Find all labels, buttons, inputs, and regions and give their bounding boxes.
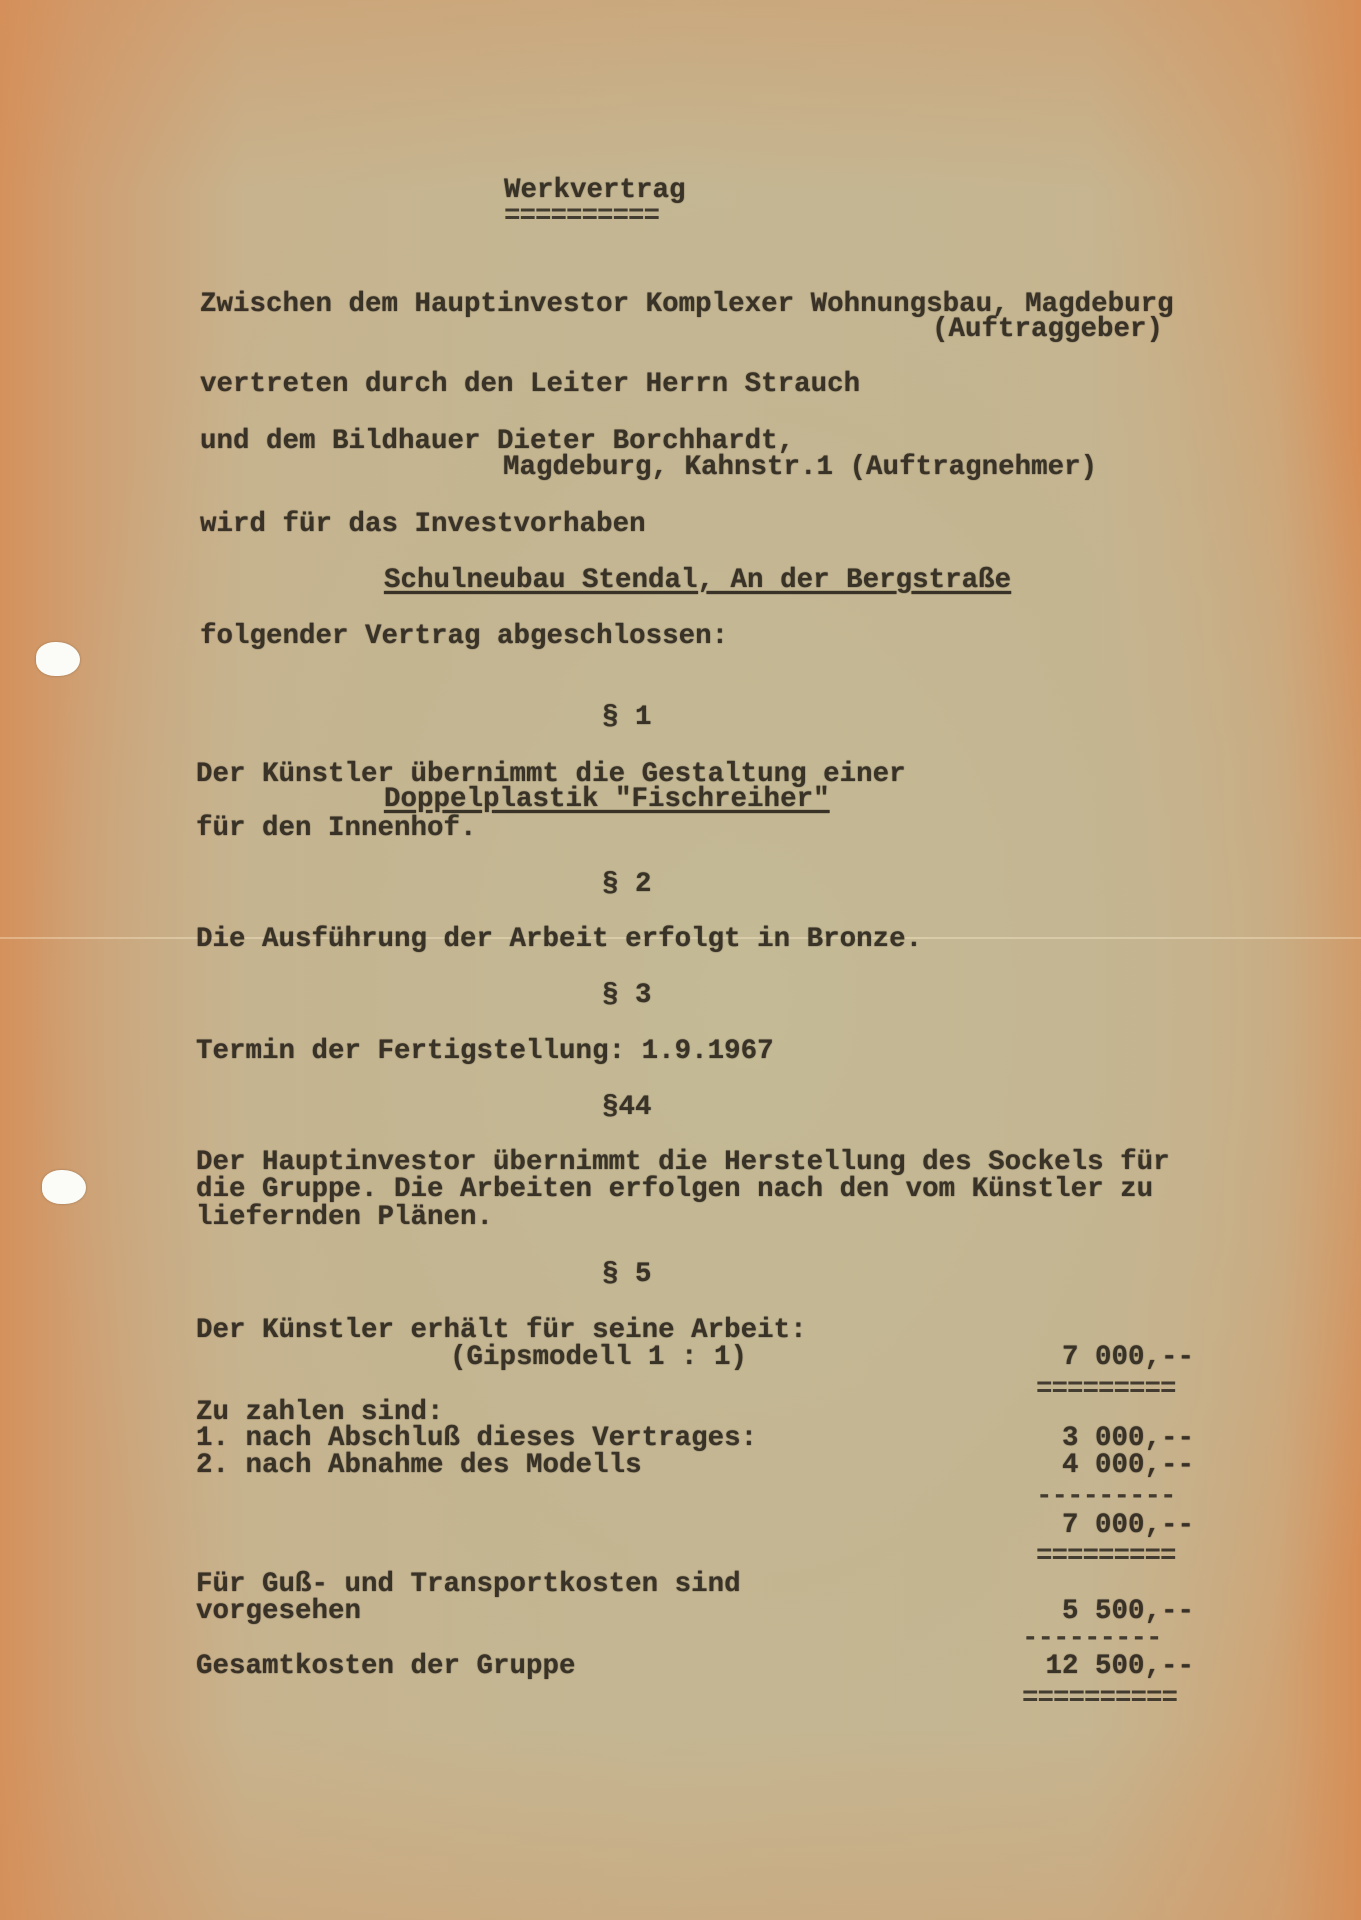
schedule-item-2-label: 2. nach Abnahme des Modells xyxy=(196,1451,642,1480)
section-4-line: liefernden Plänen. xyxy=(196,1203,493,1232)
transport-label: Für Guß- und Transportkosten sind xyxy=(196,1570,741,1599)
section-4-line: Der Hauptinvestor übernimmt die Herstell… xyxy=(196,1148,1170,1177)
party-client-role: (Auftraggeber) xyxy=(932,315,1163,344)
subtotal-rule: --------- xyxy=(1036,1490,1176,1504)
section-1-heading: § 1 xyxy=(602,703,652,732)
punch-hole xyxy=(42,1170,86,1204)
total-double-rule: ========== xyxy=(1022,1692,1177,1706)
section-5-line: Der Künstler erhält für seine Arbeit: xyxy=(196,1316,807,1345)
section-5-model: (Gipsmodell 1 : 1) xyxy=(450,1343,747,1372)
section-5-heading: § 5 xyxy=(602,1260,652,1289)
subtotal-amount: 7 000,-- xyxy=(994,1511,1194,1540)
section-3-heading: § 3 xyxy=(602,981,652,1010)
project-intro: wird für das Investvorhaben xyxy=(200,510,646,539)
total-single-rule: --------- xyxy=(1022,1632,1162,1646)
schedule-item-2-amount: 4 000,-- xyxy=(994,1451,1194,1480)
section-4-heading: §44 xyxy=(602,1093,652,1122)
schedule-item-1-label: 1. nach Abschluß dieses Vertrages: xyxy=(196,1424,757,1453)
section-1-line: für den Innenhof. xyxy=(196,814,477,843)
party-contractor-address: Magdeburg, Kahnstr.1 (Auftragnehmer) xyxy=(503,453,1097,482)
punch-hole xyxy=(36,642,80,676)
transport-label-cont: vorgesehen xyxy=(196,1597,361,1626)
subtotal-double-rule: ========= xyxy=(1036,1550,1176,1564)
transport-amount: 5 500,-- xyxy=(994,1597,1194,1626)
contract-closing: folgender Vertrag abgeschlossen: xyxy=(200,622,728,651)
section-2-heading: § 2 xyxy=(602,870,652,899)
title-rule: ========== xyxy=(504,210,659,224)
represented-by: vertreten durch den Leiter Herrn Strauch xyxy=(200,370,860,399)
schedule-item-1-amount: 3 000,-- xyxy=(994,1424,1194,1453)
fee-double-rule: ========= xyxy=(1036,1383,1176,1397)
total-label: Gesamtkosten der Gruppe xyxy=(196,1652,576,1681)
total-amount: 12 500,-- xyxy=(994,1652,1194,1681)
project-name: Schulneubau Stendal, An der Bergstraße xyxy=(384,566,1011,595)
section-4-line: die Gruppe. Die Arbeiten erfolgen nach d… xyxy=(196,1175,1153,1204)
section-1-artwork: Doppelplastik "Fischreiher" xyxy=(384,785,830,814)
fee-amount: 7 000,-- xyxy=(994,1343,1194,1372)
section-2-line: Die Ausführung der Arbeit erfolgt in Bro… xyxy=(196,925,922,954)
section-3-line: Termin der Fertigstellung: 1.9.1967 xyxy=(196,1037,774,1066)
